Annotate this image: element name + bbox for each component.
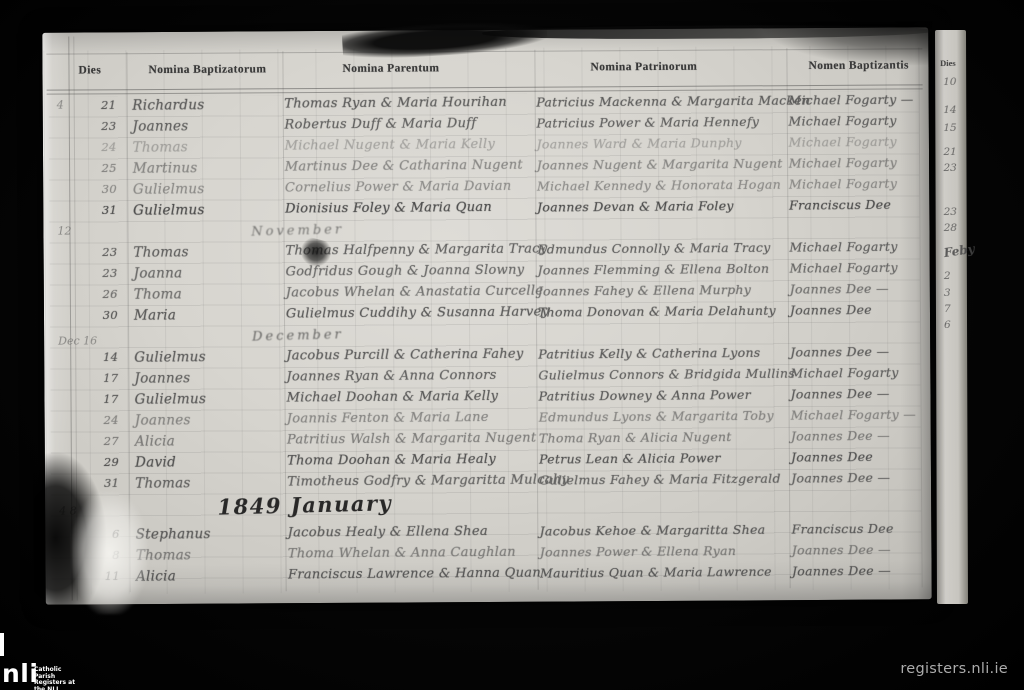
priest-cell: Michael Fogarty [790,365,898,381]
parents-cell: Thoma Whelan & Anna Caughlan [288,545,516,562]
name-cell: Joannes [135,412,191,428]
parents-cell: Thomas Ryan & Maria Hourihan [284,95,507,112]
day-cell: 23 [87,245,117,259]
sponsors-cell: Joannes Power & Ellena Ryan [540,543,736,560]
name-cell: Joanna [134,265,183,281]
name-cell: Thomas [135,475,191,491]
nli-logo-caption: Catholic Parish Registers at the NLI [34,667,78,690]
priest-cell: Joannes Dee — [790,344,889,360]
website-watermark: registers.nli.ie [900,661,1008,677]
day-cell: 24 [89,413,119,427]
parents-cell: Jacobus Healy & Ellena Shea [288,524,488,541]
priest-cell: Michael Fogarty [789,134,897,150]
parents-cell: Jacobus Whelan & Anastatia Curcelle [286,284,544,301]
next-page-day: Feby [943,242,976,260]
parents-cell: Franciscus Lawrence & Hanna Quan [288,566,541,583]
parents-cell: Thoma Doohan & Maria Healy [287,452,496,469]
priest-cell: Joannes Dee — [792,542,891,558]
month-label: December [252,327,344,344]
parents-cell: Martinus Dee & Catharina Nugent [285,158,523,175]
sponsors-cell: Gulielmus Fahey & Maria Fitzgerald [539,471,781,488]
name-cell: Gulielmus [135,391,207,408]
day-cell: 17 [89,392,119,406]
header-nomina-patrinorum: Nomina Patrinorum [590,61,697,74]
priest-cell: Michael Fogarty — [791,407,916,423]
parents-cell: Patritius Walsh & Margarita Nugent [287,431,537,448]
day-cell: 23 [86,119,116,133]
next-page-day: 15 [943,122,956,134]
page-corner-highlight [71,492,148,614]
day-cell: 23 [88,266,118,280]
priest-cell: Joannes Dee — [791,386,890,402]
sponsors-cell: Joannes Flemming & Ellena Bolton [538,261,770,278]
name-cell: Thoma [134,286,182,302]
caption-line: the NLI [34,687,78,690]
nli-logo-bar [0,633,4,656]
name-cell: Joannes [132,118,188,134]
day-cell: 26 [88,287,118,301]
register-page: Dies Nomina Baptizatorum Nomina Parentum… [42,27,931,604]
sponsors-cell: Patritius Kelly & Catherina Lyons [538,345,760,362]
priest-cell: Michael Fogarty [789,155,897,171]
next-page-day: 23 [944,206,957,218]
sponsors-cell: Gulielmus Connors & Bridgida Mullins [538,366,795,383]
sponsors-cell: Patricius Mackenna & Margarita Macken [536,92,810,109]
scan-viewport: Dies Nomina Baptizatorum Nomina Parentum… [0,0,1024,690]
sponsors-cell: Joannes Nugent & Margarita Nugent [537,156,783,173]
priest-cell: Michael Fogarty [788,113,896,129]
priest-cell: Michael Fogarty [790,260,898,276]
sponsors-cell: Patritius Downey & Anna Power [539,387,751,404]
day-cell: 25 [87,161,117,175]
next-page-day: 10 [943,76,956,88]
sponsors-cell: Michael Kennedy & Honorata Hogan [537,177,781,194]
sponsors-cell: Joannes Devan & Maria Foley [537,198,734,215]
next-page-edge: Dies 10141521232328Feby2376 [935,30,968,604]
next-page-day: 2 [944,270,951,282]
priest-cell: Michael Fogarty [789,176,897,192]
name-cell: David [135,454,176,470]
parents-cell: Joannis Fenton & Maria Lane [287,410,489,427]
priest-cell: Joannes Dee — [791,470,890,486]
sponsors-cell: Patricius Power & Maria Hennefy [536,114,759,131]
margin-note: 12 [57,225,71,238]
priest-cell: Michael Fogarty — [788,92,913,108]
sponsors-cell: Jacobus Kehoe & Margaritta Shea [540,522,766,539]
sponsors-cell: Thoma Donovan & Maria Delahunty [538,303,776,320]
day-cell: 24 [87,140,117,154]
name-cell: Thomas [133,244,189,260]
parents-cell: Jacobus Purcill & Catherina Fahey [286,347,523,364]
parents-cell: Dionisius Foley & Maria Quan [285,200,492,217]
priest-cell: Michael Fogarty [789,239,897,255]
next-page-day: 23 [943,162,956,174]
day-cell: 14 [88,350,118,364]
parents-cell: Gulielmus Cuddihy & Susanna Harvey [286,305,549,322]
name-cell: Gulielmus [133,181,205,198]
day-cell: 17 [88,371,118,385]
sponsors-cell: Thoma Ryan & Alicia Nugent [539,429,732,446]
day-cell: 27 [89,434,119,448]
parents-cell: Michael Doohan & Maria Kelly [287,389,499,406]
name-cell: Richardus [132,97,204,114]
parents-cell: Michael Nugent & Maria Kelly [285,137,496,154]
sponsors-cell: Edmundus Lyons & Margarita Toby [539,408,774,425]
parents-cell: Joannes Ryan & Anna Connors [286,368,496,385]
month-label: 1849 January [217,490,392,519]
next-page-day: 21 [943,146,956,158]
name-cell: Maria [134,307,176,323]
header-dies: Dies [78,64,101,76]
next-page-day: 14 [943,104,956,116]
day-cell: 30 [88,308,118,322]
parents-cell: Cornelius Power & Maria Davian [285,179,512,196]
day-cell: 30 [87,182,117,196]
parents-cell: Robertus Duff & Maria Duff [284,116,476,133]
parents-cell: Timotheus Godfry & Margaritta Mulcahy [287,472,569,489]
nli-logo: nli [2,661,38,686]
priest-cell: Franciscus Dee [789,197,891,213]
priest-cell: Franciscus Dee [792,521,894,537]
page-corner-shadow [762,21,932,66]
day-cell: 31 [87,203,117,217]
priest-cell: Joannes Dee [790,302,872,318]
name-cell: Thomas [133,139,189,155]
next-page-day: 6 [944,319,951,331]
sponsors-cell: Mauritius Quan & Maria Lawrence [540,564,772,581]
sponsors-cell: Joannes Fahey & Ellena Murphy [538,282,751,299]
sponsors-cell: Joannes Ward & Maria Dunphy [537,135,742,152]
month-label: November [251,222,344,239]
next-page-dies-header: Dies [940,58,956,68]
next-page-day: 3 [944,287,951,299]
name-cell: Martinus [133,160,198,177]
name-cell: Gulielmus [134,349,206,366]
sponsors-cell: Edmundus Connolly & Maria Tracy [537,240,770,257]
priest-cell: Joannes Dee [791,449,873,465]
ink-smudge [342,17,549,61]
next-page-day: 7 [944,303,951,315]
name-cell: Joannes [134,370,190,386]
name-cell: Alicia [135,433,175,449]
margin-note: Dec 16 [58,334,97,347]
margin-note: 4 [57,99,64,112]
next-page-day: 28 [944,222,957,234]
sponsors-cell: Petrus Lean & Alicia Power [539,450,721,466]
priest-cell: Joannes Dee — [791,428,890,444]
priest-cell: Joannes Dee — [792,563,891,579]
register-rows: 21RichardusThomas Ryan & Maria HourihanP… [42,91,932,590]
header-nomina-parentum: Nomina Parentum [342,62,439,75]
day-cell: 21 [86,98,116,112]
name-cell: Gulielmus [133,202,205,219]
header-nomina-baptizatorum: Nomina Baptizatorum [148,63,266,76]
priest-cell: Joannes Dee — [790,281,889,297]
